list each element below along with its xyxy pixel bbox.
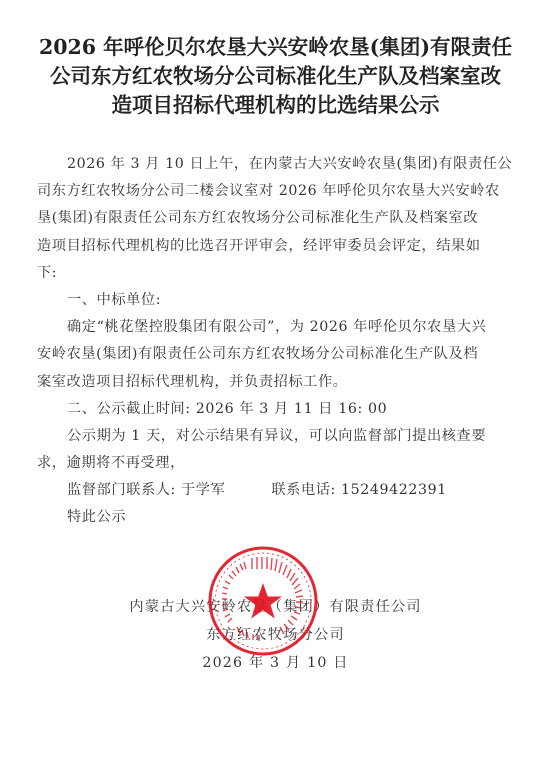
body-line: 案室改造项目招标代理机构，并负责招标工作。 [37, 369, 497, 396]
body-line: 司东方红农牧场分公司二楼会议室对 2026 年呼伦贝尔农垦大兴安岭农 [37, 178, 497, 205]
supervisor-contact-line: 监督部门联系人: 于学军联系电话: 15249422391 [37, 477, 497, 504]
section-heading-winner: 一、中标单位: [37, 287, 497, 314]
title-line-1: 2026 年呼伦贝尔农垦大兴安岭农垦(集团)有限责任 [0, 33, 551, 62]
supervisor-contact: 监督部门联系人: 于学军 [67, 482, 225, 498]
closing-text: 特此公示 [37, 504, 497, 531]
body-line: 确定“桃花堡控股集团有限公司”，为 2026 年呼伦贝尔农垦大兴 [37, 314, 497, 341]
document-title: 2026 年呼伦贝尔农垦大兴安岭农垦(集团)有限责任 公司东方红农牧场分公司标准… [0, 33, 551, 120]
body-line: 公示期为 1 天，对公示结果有异议，可以向监督部门提出核查要 [37, 423, 497, 450]
body-line: 下: [37, 260, 497, 287]
title-line-2: 公司东方红农牧场分公司标准化生产队及档案室改 [0, 62, 551, 91]
body-line: 2026 年 3 月 10 日上午，在内蒙古大兴安岭农垦(集团)有限责任公 [37, 151, 497, 178]
official-seal-icon [207, 545, 319, 657]
body-line: 安岭农垦(集团)有限责任公司东方红农牧场分公司标准化生产队及档 [37, 341, 497, 368]
document-body: 2026 年 3 月 10 日上午，在内蒙古大兴安岭农垦(集团)有限责任公 司东… [37, 151, 497, 532]
supervisor-phone: 联系电话: 15249422391 [271, 482, 447, 498]
body-line: 求，逾期将不再受理， [37, 450, 497, 477]
body-line: 造项目招标代理机构的比选召开评审会，经评审委员会评定，结果如 [37, 233, 497, 260]
body-line: 垦(集团)有限责任公司东方红农牧场分公司标准化生产队及档案室改 [37, 205, 497, 232]
section-heading-deadline: 二、公示截止时间: 2026 年 3 月 11 日 16: 00 [37, 396, 497, 423]
title-line-3: 造项目招标代理机构的比选结果公示 [0, 91, 551, 120]
